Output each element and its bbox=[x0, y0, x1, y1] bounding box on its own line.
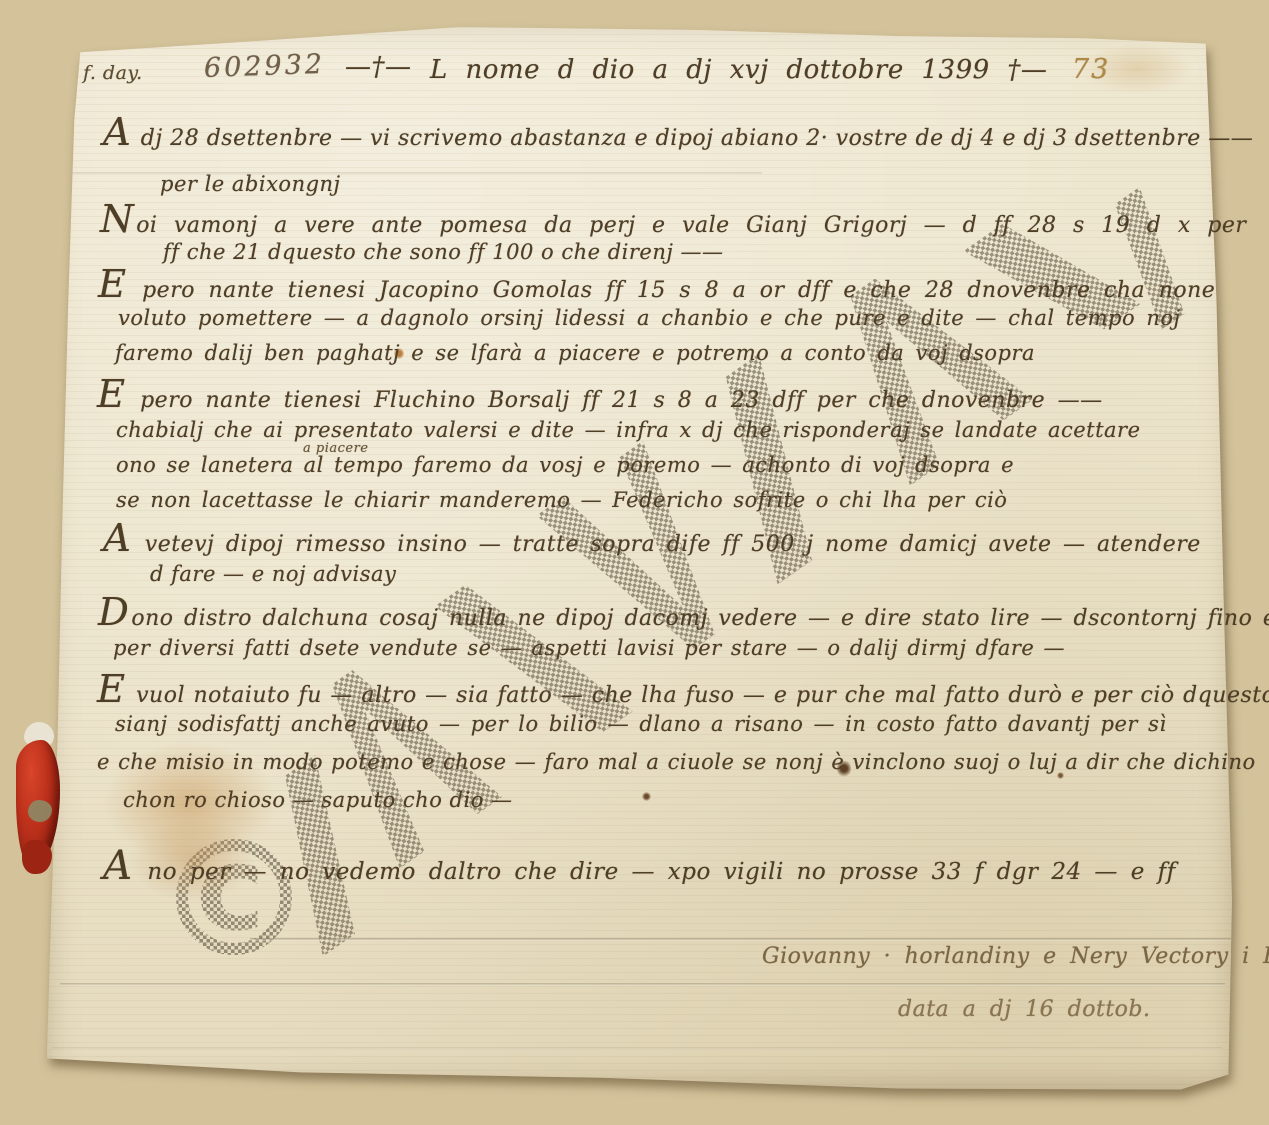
paragraph-initial: E bbox=[97, 372, 126, 417]
paragraph-initial: A bbox=[103, 516, 131, 561]
manuscript-line: per diversi fatti dsete vendute se — asp… bbox=[113, 636, 1065, 660]
manuscript-line: chabialj che ai presentato valersi e dit… bbox=[116, 418, 1141, 442]
paragraph-initial: A bbox=[103, 843, 133, 889]
folio-number: 73 bbox=[1072, 54, 1110, 85]
manuscript-line: ff che 21 dquesto che sono ff 100 o che … bbox=[163, 240, 724, 264]
manuscript-line: E pero nante tienesi Fluchino Borsalj ff… bbox=[97, 380, 1103, 413]
manuscript-line: ono se lanetera al tempo faremo da vosj … bbox=[116, 453, 1014, 477]
signature-dateline: data a dj 16 dottob. bbox=[898, 997, 1150, 1022]
signature-line: Giovanny · horlandiny e Nery Vectory i F… bbox=[762, 944, 1269, 969]
handwriting-layer: f. day. 602932 —†— L nome d dio a dj xvj… bbox=[0, 0, 1269, 1125]
manuscript-line: A dj 28 dsettenbre — vi scrivemo abastan… bbox=[103, 118, 1253, 151]
manuscript-line: sianj sodisfattj anche avuto — per lo bi… bbox=[115, 712, 1167, 736]
scanned-manuscript-page: { "page": { "description": "Scanned 14th… bbox=[0, 0, 1269, 1125]
manuscript-line: E pero nante tienesi Jacopino Gomolas ff… bbox=[98, 270, 1215, 303]
manuscript-line: se non lacettasse le chiarir manderemo —… bbox=[116, 488, 1007, 512]
manuscript-line: A no per — no vedemo daltro che dire — x… bbox=[103, 850, 1176, 885]
manuscript-line: faremo dalij ben paghatj e se lfarà a pi… bbox=[115, 341, 1035, 365]
manuscript-line: A vetevj dipoj rimesso insino — tratte s… bbox=[103, 524, 1201, 557]
manuscript-line: e che misio in modo potemo e chose — far… bbox=[97, 750, 1256, 774]
manuscript-line: Dono distro dalchuna cosaj nulla ne dipo… bbox=[98, 598, 1269, 631]
paragraph-initial: A bbox=[103, 110, 131, 155]
archive-note: f. day. bbox=[83, 62, 143, 84]
manuscript-line: d fare — e noj advisay bbox=[150, 562, 396, 586]
paragraph-initial: E bbox=[97, 667, 126, 712]
manuscript-line: Noi vamonj a vere ante pomesa da perj e … bbox=[100, 205, 1246, 238]
manuscript-line: chon ro chioso — saputo cho dio — bbox=[123, 788, 513, 812]
catalog-number: 602932 bbox=[203, 49, 325, 84]
manuscript-line: E vuol notaiuto fu — altro — sia fatto —… bbox=[97, 675, 1269, 708]
manuscript-line: voluto pomettere — a dagnolo orsinj lide… bbox=[118, 306, 1181, 330]
paragraph-initial: N bbox=[100, 197, 134, 242]
paragraph-initial: E bbox=[98, 262, 127, 307]
paragraph-initial: D bbox=[98, 590, 129, 635]
manuscript-line: per le abixongnj bbox=[160, 172, 341, 196]
cross-mark: —†— bbox=[345, 52, 412, 82]
invocation-dateline: L nome d dio a dj xvj dottobre 1399 †— bbox=[430, 55, 1047, 85]
